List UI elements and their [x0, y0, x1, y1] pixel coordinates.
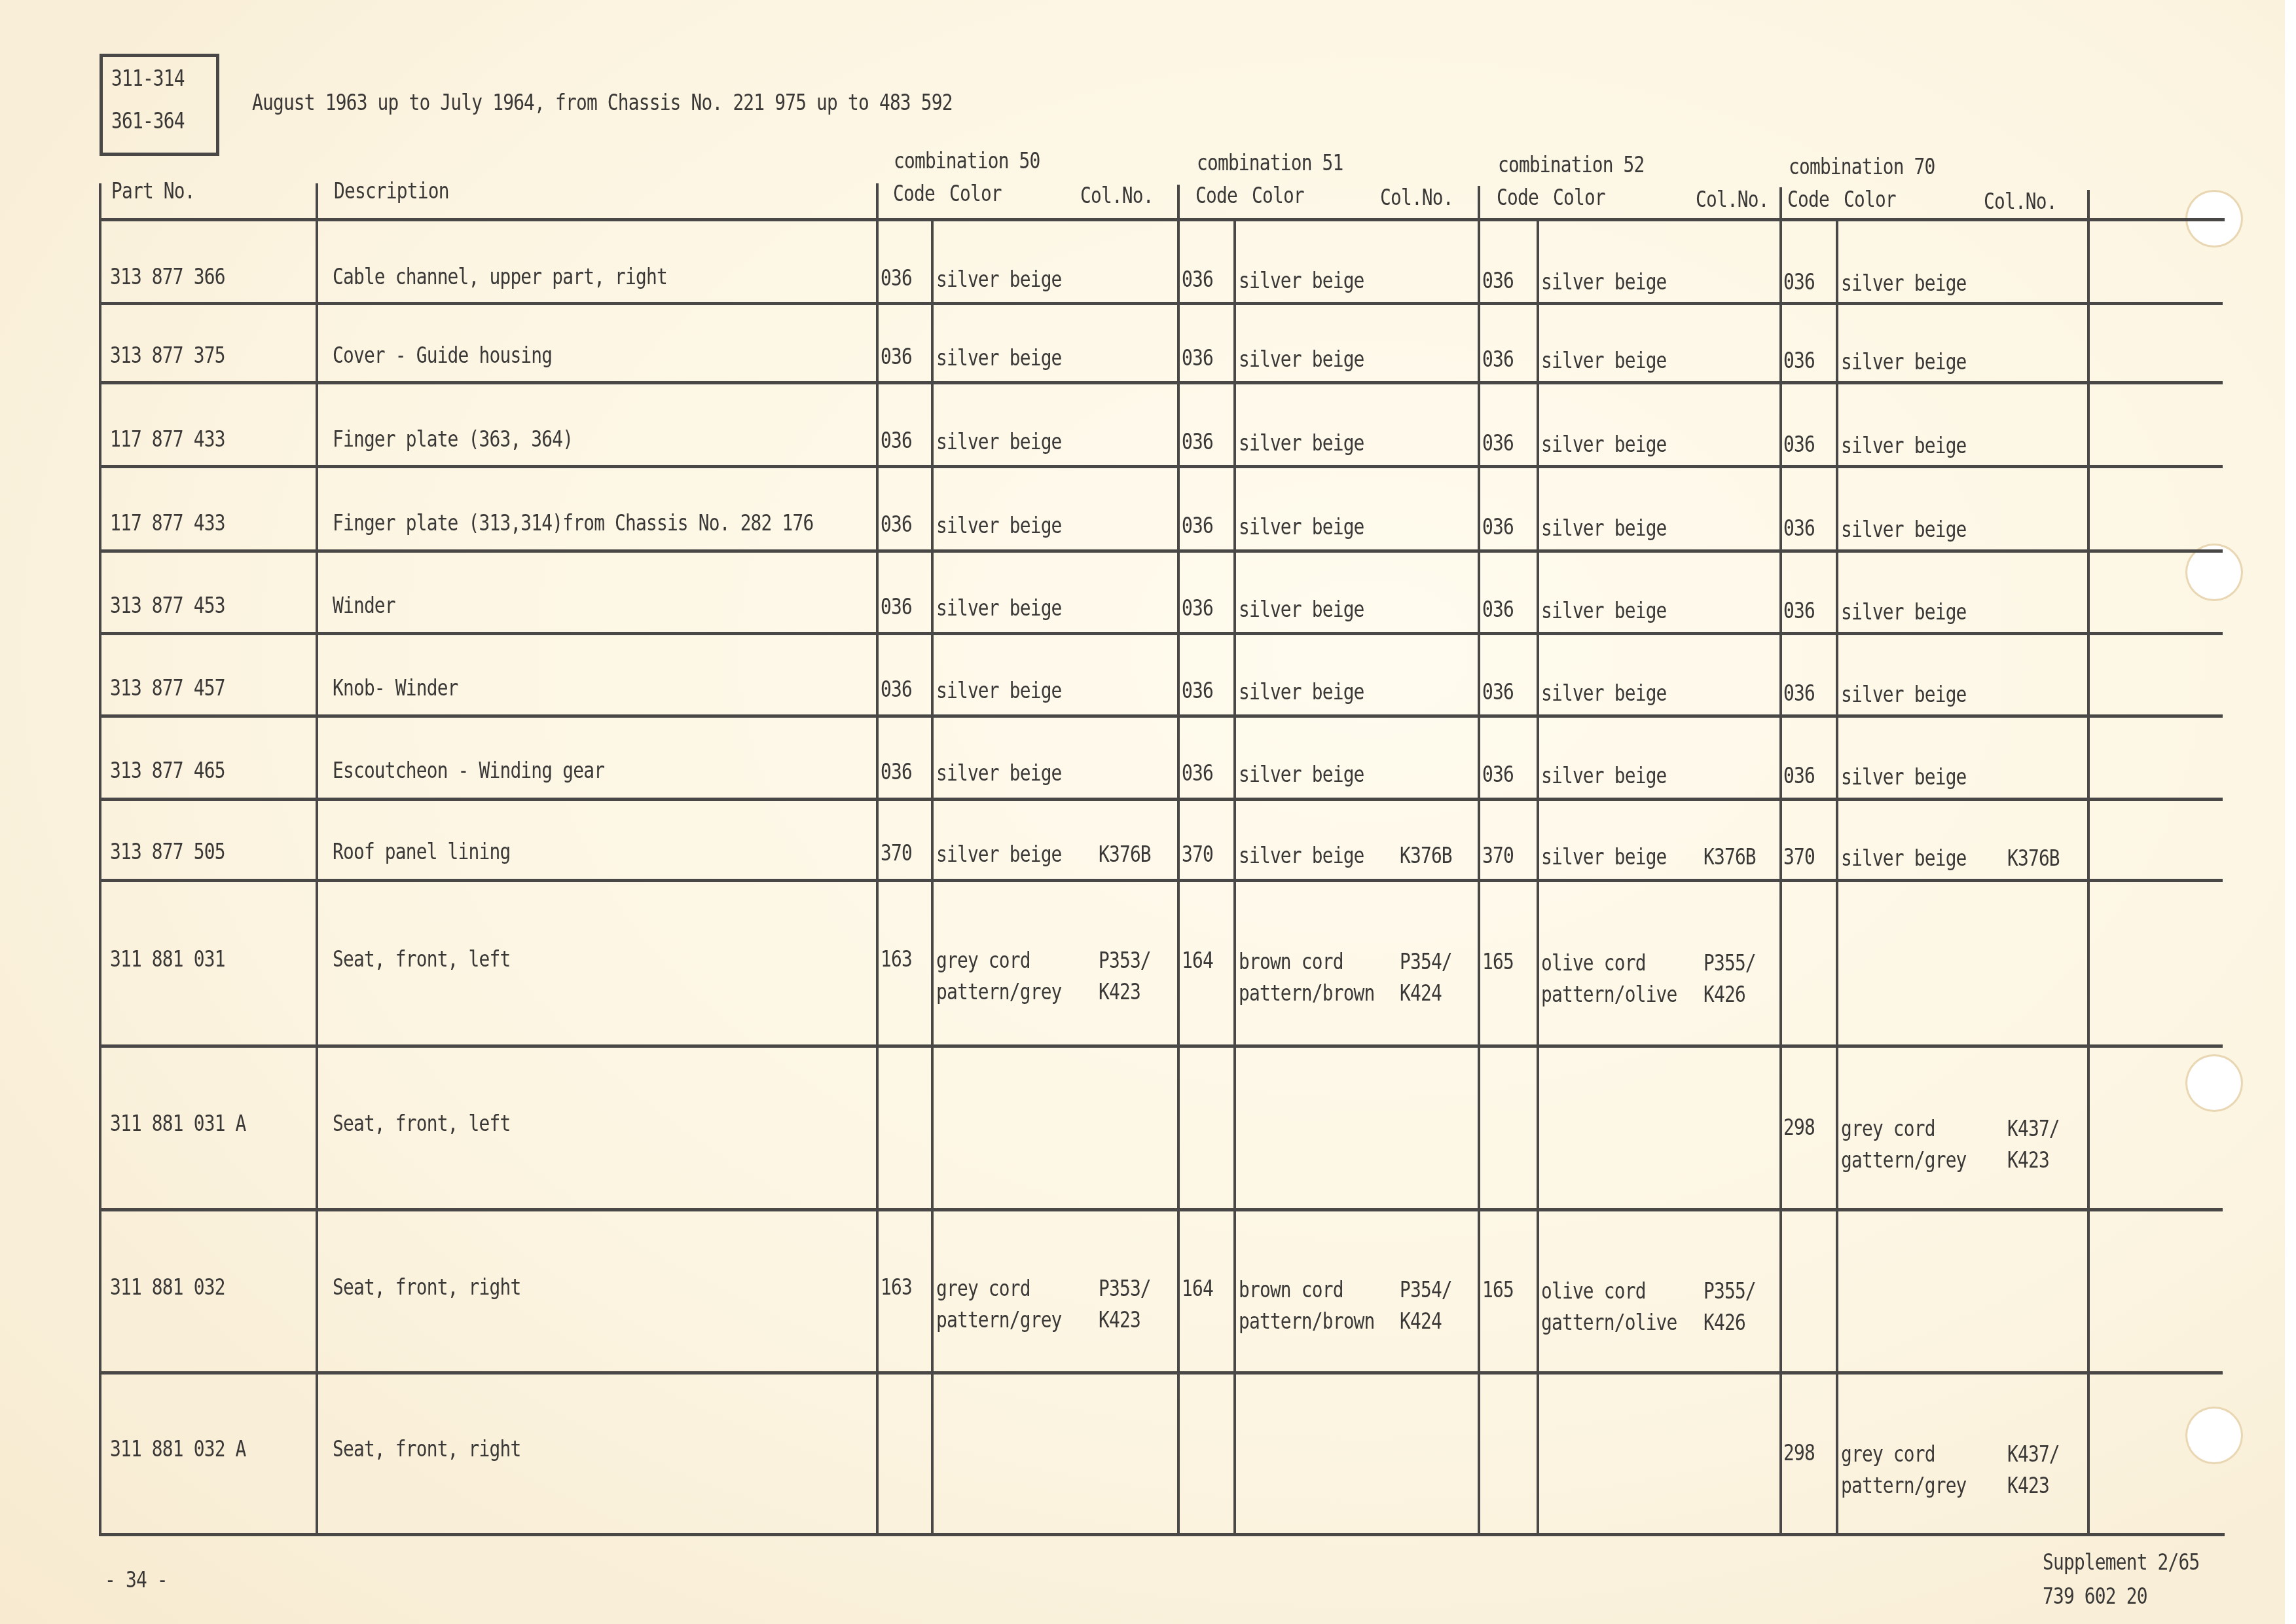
row-divider — [99, 714, 2223, 718]
color-name: silver beige — [936, 513, 1062, 539]
color-code: 036 — [1482, 268, 1514, 294]
color-number-line2: K426 — [1704, 1310, 1745, 1336]
color-number: P353/ — [1099, 948, 1151, 974]
color-name: silver beige — [936, 678, 1062, 704]
color-name: silver beige — [1841, 845, 1967, 872]
color-code: 036 — [881, 676, 912, 703]
color-code: 036 — [881, 344, 912, 370]
column-divider — [1478, 218, 1480, 1533]
color-number-line2: K424 — [1400, 1308, 1442, 1335]
color-number: P355/ — [1704, 1278, 1756, 1304]
part-number: 311 881 031 — [110, 946, 225, 972]
color-name: silver beige — [1239, 597, 1364, 623]
color-name: silver beige — [1541, 763, 1667, 789]
color-code: 036 — [1482, 597, 1514, 623]
color-name: silver beige — [1541, 348, 1667, 374]
row-divider — [99, 1044, 2223, 1048]
row-divider — [99, 798, 2223, 801]
color-name: silver beige — [1841, 682, 1967, 708]
color-name-line2: pattern/brown — [1239, 980, 1375, 1006]
header-code: Code — [1497, 185, 1539, 211]
color-name: silver beige — [1239, 514, 1364, 540]
column-divider — [1779, 218, 1782, 1533]
punch-hole — [2187, 1056, 2241, 1110]
header-part-no: Part No. — [111, 178, 195, 204]
color-name: grey cord — [936, 948, 1030, 974]
model-range-2: 361-364 — [111, 108, 185, 134]
part-description: Knob- Winder — [333, 675, 458, 701]
part-number: 313 877 453 — [110, 593, 225, 619]
paper-page — [0, 0, 2285, 1624]
color-code: 036 — [1182, 345, 1213, 371]
color-name: silver beige — [1239, 843, 1364, 869]
column-divider — [1836, 218, 1838, 1533]
color-code: 036 — [1783, 269, 1815, 295]
combination-70-label: combination 70 — [1789, 154, 1935, 180]
color-name: silver beige — [936, 429, 1062, 455]
color-name: silver beige — [1541, 680, 1667, 707]
color-name: silver beige — [936, 760, 1062, 786]
color-name: silver beige — [1541, 515, 1667, 542]
header-code: Code — [1787, 187, 1829, 213]
color-name: silver beige — [1841, 764, 1967, 790]
color-code: 165 — [1482, 949, 1514, 975]
color-number: P355/ — [1704, 950, 1756, 976]
color-name: brown cord — [1239, 1277, 1343, 1303]
color-code: 036 — [881, 265, 912, 291]
color-code: 036 — [1783, 348, 1815, 374]
column-divider — [1177, 218, 1180, 1533]
part-number: 313 877 465 — [110, 758, 225, 784]
color-number-line2: K423 — [1099, 1307, 1140, 1333]
color-code: 036 — [1182, 429, 1213, 455]
color-code: 036 — [1482, 679, 1514, 705]
color-code: 036 — [1783, 598, 1815, 624]
color-name: grey cord — [936, 1276, 1030, 1302]
color-number: P354/ — [1400, 1277, 1452, 1303]
color-name: silver beige — [1841, 599, 1967, 625]
header-divider — [99, 183, 101, 219]
part-number: 311 881 032 A — [110, 1436, 246, 1462]
row-divider — [99, 381, 2223, 384]
color-code: 370 — [1482, 843, 1514, 869]
header-color: Color — [1553, 185, 1605, 211]
color-number: K437/ — [2007, 1116, 2060, 1142]
header-divider — [316, 183, 318, 219]
color-code: 036 — [881, 511, 912, 538]
column-divider — [2087, 218, 2090, 1533]
column-divider — [1537, 218, 1539, 1533]
row-divider — [99, 1533, 2225, 1536]
part-number: 313 877 366 — [110, 264, 225, 290]
color-code: 036 — [881, 759, 912, 785]
model-range-1: 311-314 — [111, 65, 185, 92]
color-name: silver beige — [1841, 349, 1967, 375]
color-code: 164 — [1182, 948, 1213, 974]
page-edge — [2285, 0, 2296, 1624]
color-code: 036 — [1182, 267, 1213, 293]
color-number: P354/ — [1400, 949, 1452, 975]
color-name-line2: pattern/grey — [1841, 1473, 1967, 1499]
part-description: Roof panel lining — [333, 839, 510, 865]
part-number: 313 877 505 — [110, 839, 225, 865]
part-description: Seat, front, left — [333, 1111, 510, 1137]
color-code: 036 — [1182, 678, 1213, 704]
color-name-line2: pattern/brown — [1239, 1308, 1375, 1335]
color-code: 163 — [881, 946, 912, 972]
header-code: Code — [893, 181, 935, 207]
combination-52-label: combination 52 — [1498, 152, 1645, 178]
color-name-line2: gattern/olive — [1541, 1310, 1677, 1336]
punch-hole — [2187, 545, 2241, 599]
color-name: silver beige — [1841, 517, 1967, 543]
part-description: Seat, front, left — [333, 946, 510, 972]
color-name: olive cord — [1541, 1278, 1646, 1304]
part-description: Cover - Guide housing — [333, 342, 552, 369]
color-number-line2: K423 — [2007, 1473, 2049, 1499]
header-col-no: Col.No. — [1380, 185, 1453, 211]
color-name: grey cord — [1841, 1441, 1935, 1467]
row-divider — [99, 1371, 2223, 1375]
color-number: K376B — [1400, 843, 1452, 869]
part-number: 117 877 433 — [110, 510, 225, 536]
part-description: Winder — [333, 593, 395, 619]
color-code: 036 — [881, 428, 912, 454]
color-name: brown cord — [1239, 949, 1343, 975]
color-code: 036 — [1482, 514, 1514, 540]
color-code: 036 — [1182, 513, 1213, 539]
color-name-line2: pattern/grey — [936, 979, 1062, 1005]
header-code: Code — [1195, 183, 1237, 209]
color-code: 298 — [1783, 1440, 1815, 1466]
row-divider — [99, 632, 2223, 635]
color-name: silver beige — [1541, 844, 1667, 870]
color-number-line2: K423 — [2007, 1147, 2049, 1173]
color-name: silver beige — [1541, 269, 1667, 295]
color-name: silver beige — [936, 841, 1062, 868]
color-code: 370 — [881, 840, 912, 866]
color-code: 164 — [1182, 1276, 1213, 1302]
color-name: silver beige — [1239, 679, 1364, 705]
column-divider — [931, 218, 934, 1533]
color-name: silver beige — [1239, 430, 1364, 456]
color-number: K437/ — [2007, 1441, 2060, 1467]
color-name: silver beige — [936, 345, 1062, 371]
color-name: silver beige — [1239, 762, 1364, 788]
row-divider — [99, 879, 2223, 882]
part-description: Seat, front, right — [333, 1274, 520, 1301]
row-divider — [99, 1208, 2223, 1211]
color-name: silver beige — [1841, 433, 1967, 459]
document-number: 739 602 20 — [2043, 1583, 2147, 1610]
color-name-line2: pattern/olive — [1541, 982, 1677, 1008]
color-number: K376B — [1704, 844, 1756, 870]
color-name: silver beige — [1239, 346, 1364, 373]
part-description: Finger plate (313,314)from Chassis No. 2… — [333, 510, 813, 536]
header-col-no: Col.No. — [1696, 187, 1769, 213]
column-divider — [876, 218, 879, 1533]
part-description: Cable channel, upper part, right — [333, 264, 667, 290]
header-color: Color — [949, 181, 1002, 207]
color-code: 036 — [1182, 760, 1213, 786]
color-name: silver beige — [1541, 598, 1667, 624]
column-divider — [99, 218, 101, 1533]
part-number: 313 877 457 — [110, 675, 225, 701]
part-number: 313 877 375 — [110, 342, 225, 369]
color-name: grey cord — [1841, 1116, 1935, 1142]
header-color: Color — [1252, 183, 1304, 209]
color-code: 036 — [1482, 430, 1514, 456]
row-divider — [99, 302, 2223, 305]
part-description: Finger plate (363, 364) — [333, 426, 573, 452]
header-color: Color — [1844, 187, 1896, 213]
header-divider — [1177, 185, 1180, 221]
header-description: Description — [334, 178, 449, 204]
color-name: silver beige — [1239, 268, 1364, 294]
color-number: K376B — [2007, 845, 2060, 872]
part-number: 311 881 032 — [110, 1274, 225, 1301]
color-name: olive cord — [1541, 950, 1646, 976]
color-name-line2: gattern/grey — [1841, 1147, 1967, 1173]
color-code: 298 — [1783, 1115, 1815, 1141]
color-code: 036 — [1783, 515, 1815, 542]
supplement-label: Supplement 2/65 — [2043, 1549, 2199, 1576]
part-description: Escoutcheon - Winding gear — [333, 758, 604, 784]
combination-50-label: combination 50 — [894, 148, 1040, 174]
header-col-no: Col.No. — [1984, 189, 2057, 215]
header-divider — [1478, 186, 1480, 222]
color-code: 165 — [1482, 1277, 1514, 1303]
color-code: 036 — [1783, 763, 1815, 789]
color-code: 036 — [1482, 762, 1514, 788]
row-divider — [99, 549, 2223, 553]
column-divider — [316, 218, 318, 1533]
color-code: 163 — [881, 1274, 912, 1301]
part-description: Seat, front, right — [333, 1436, 520, 1462]
header-col-no: Col.No. — [1080, 183, 1154, 209]
color-code: 370 — [1783, 844, 1815, 870]
page-number: - 34 - — [105, 1567, 168, 1593]
row-divider — [99, 465, 2223, 468]
part-number: 117 877 433 — [110, 426, 225, 452]
header-divider — [876, 183, 879, 219]
row-divider — [99, 218, 2225, 221]
color-number: K376B — [1099, 841, 1151, 868]
page-title: August 1963 up to July 1964, from Chassi… — [252, 90, 953, 116]
color-number: P353/ — [1099, 1276, 1151, 1302]
color-number-line2: K426 — [1704, 982, 1745, 1008]
color-code: 036 — [1182, 595, 1213, 621]
color-name-line2: pattern/grey — [936, 1307, 1062, 1333]
color-name: silver beige — [1541, 432, 1667, 458]
combination-51-label: combination 51 — [1197, 150, 1343, 176]
color-code: 036 — [1783, 680, 1815, 707]
color-number-line2: K423 — [1099, 979, 1140, 1005]
column-divider — [1233, 218, 1236, 1533]
color-name: silver beige — [1841, 270, 1967, 297]
punch-hole — [2187, 1409, 2241, 1462]
color-code: 036 — [1482, 346, 1514, 373]
color-code: 036 — [881, 594, 912, 620]
color-name: silver beige — [936, 267, 1062, 293]
color-name: silver beige — [936, 595, 1062, 621]
color-code: 036 — [1783, 432, 1815, 458]
color-number-line2: K424 — [1400, 980, 1442, 1006]
part-number: 311 881 031 A — [110, 1111, 246, 1137]
color-code: 370 — [1182, 841, 1213, 868]
